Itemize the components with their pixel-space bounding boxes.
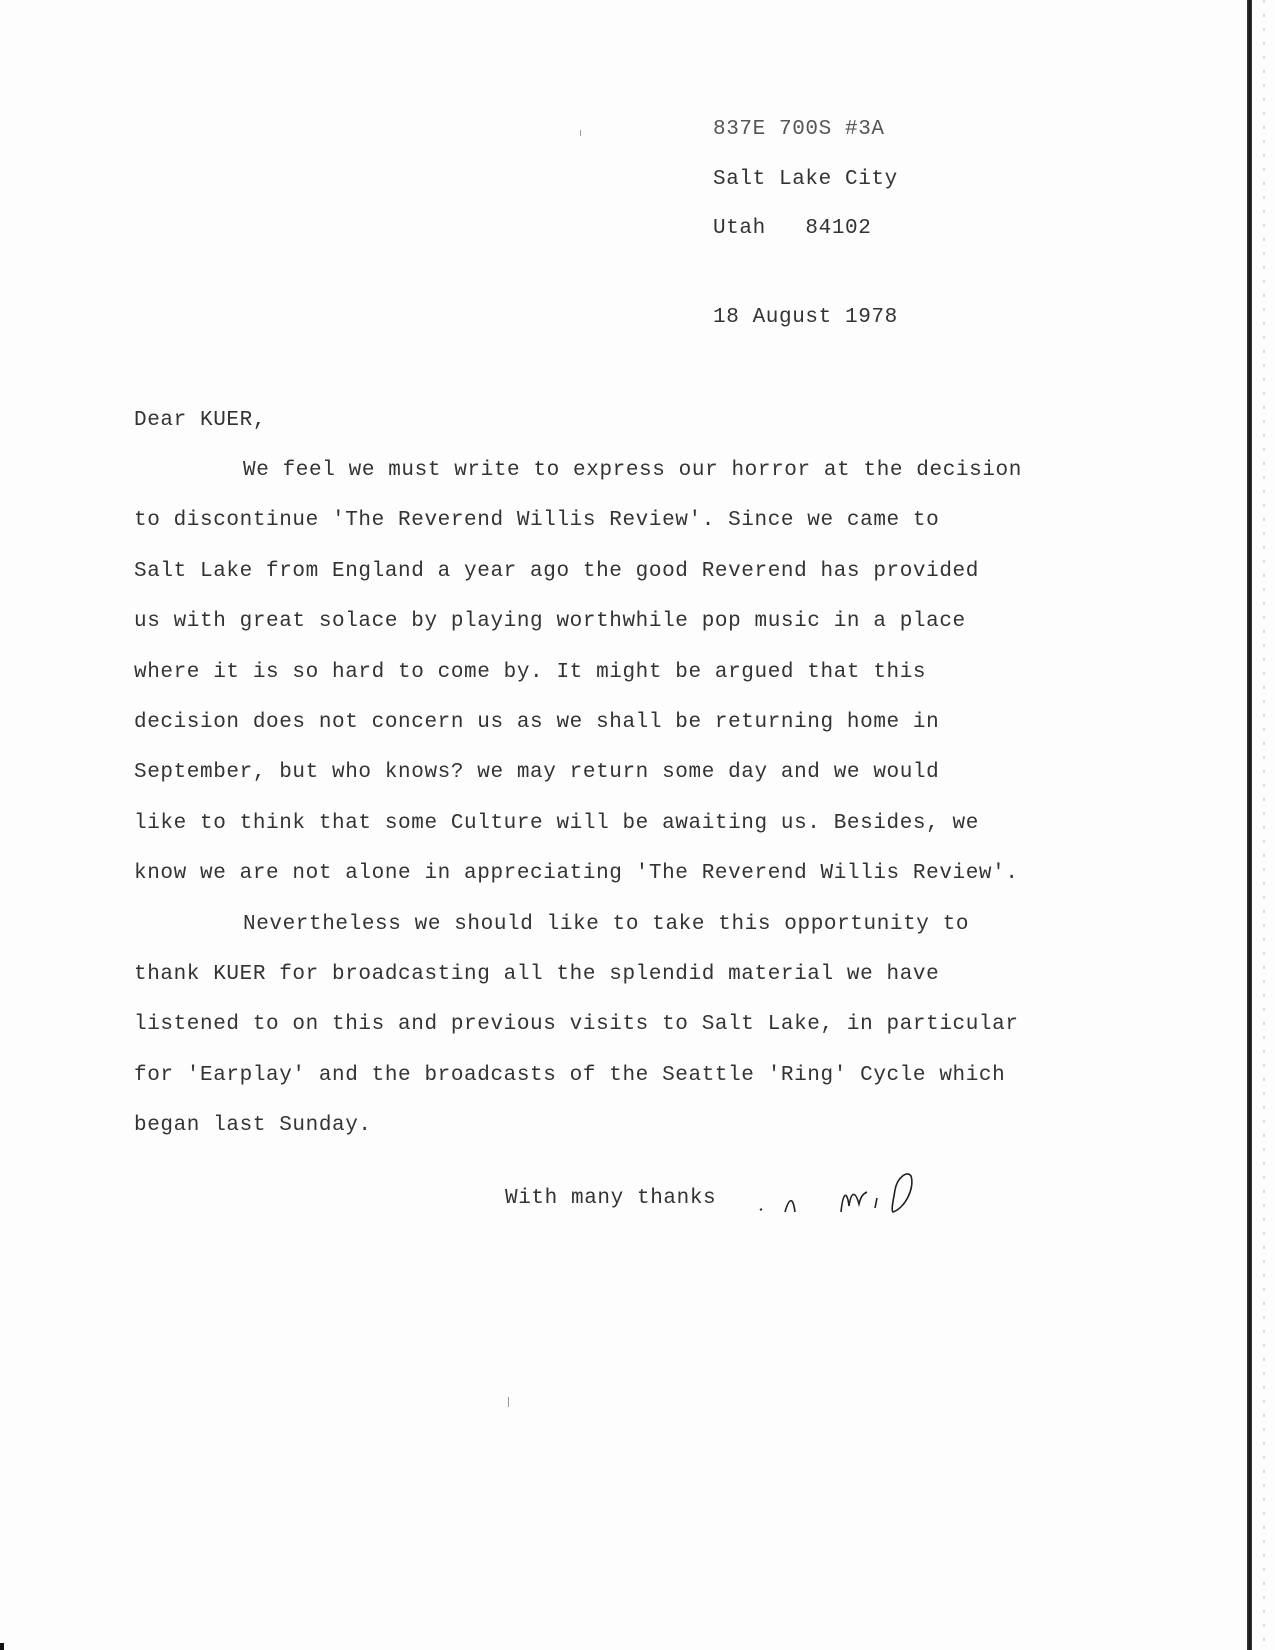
body-line: September, but who knows? we may return … xyxy=(134,761,939,785)
body-line: We feel we must write to express our hor… xyxy=(243,459,1022,483)
body-line: Salt Lake from England a year ago the go… xyxy=(134,560,979,584)
body-line: like to think that some Culture will be … xyxy=(134,812,979,836)
page-edge-shadow xyxy=(1247,0,1252,1650)
body-line: for 'Earplay' and the broadcasts of the … xyxy=(134,1064,1005,1088)
body-line: listened to on this and previous visits … xyxy=(134,1013,1019,1037)
salutation: Dear KUER, xyxy=(134,409,266,433)
closing: With many thanks xyxy=(505,1187,716,1211)
body-line: decision does not concern us as we shall… xyxy=(134,711,939,735)
letter-date: 18 August 1978 xyxy=(713,306,898,330)
sender-address-state-zip: Utah 84102 xyxy=(713,217,871,241)
signature-icon xyxy=(755,1168,935,1218)
body-line: Nevertheless we should like to take this… xyxy=(243,913,969,937)
page-edge-texture xyxy=(1263,0,1265,1650)
sender-address-street: 837E 700S #3A xyxy=(713,118,885,142)
body-line: began last Sunday. xyxy=(134,1114,372,1138)
paper-speck xyxy=(580,130,581,136)
body-line: to discontinue 'The Reverend Willis Revi… xyxy=(134,509,939,533)
body-line: where it is so hard to come by. It might… xyxy=(134,661,926,685)
body-line: us with great solace by playing worthwhi… xyxy=(134,610,966,634)
sender-address-city: Salt Lake City xyxy=(713,168,898,192)
paper-speck xyxy=(508,1397,509,1407)
body-line: thank KUER for broadcasting all the sple… xyxy=(134,963,939,987)
letter-page: 837E 700S #3A Salt Lake City Utah 84102 … xyxy=(0,0,1275,1650)
scan-corner-mark xyxy=(0,1643,4,1650)
body-line: know we are not alone in appreciating 'T… xyxy=(134,862,1019,886)
